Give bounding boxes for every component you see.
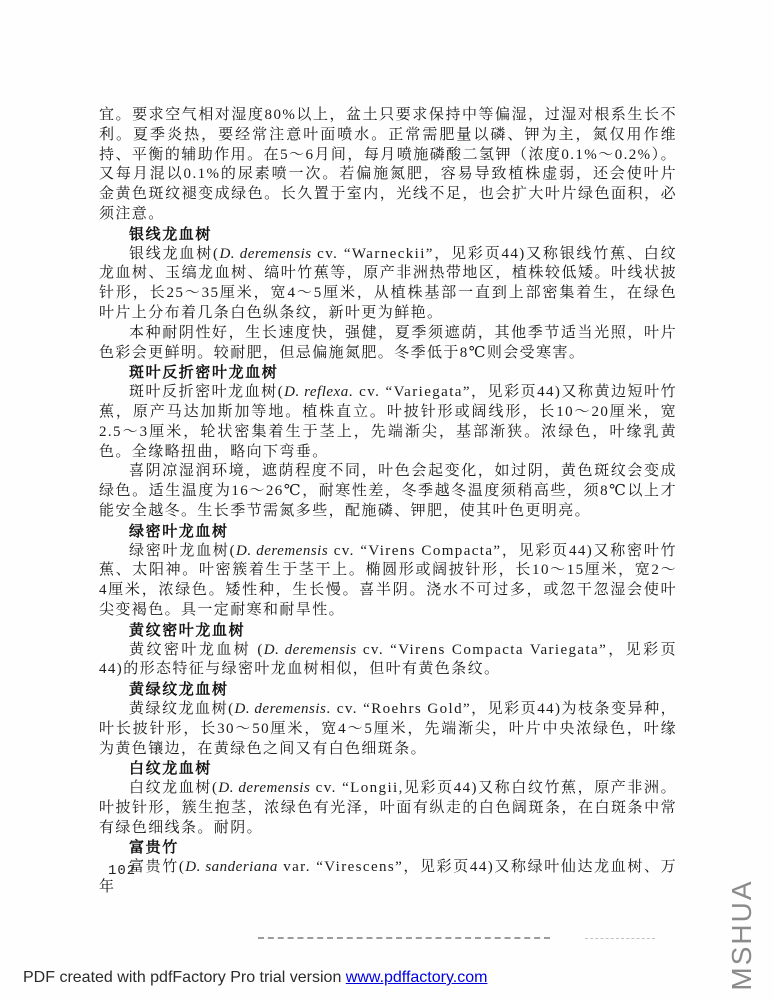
latin-species-name: D. deremensis [264,642,357,658]
scan-artifact-line-small [585,938,655,939]
document-body: 宜。要求空气相对湿度80%以上，盆土只要求保持中等偏湿，过湿对根系生长不利。夏季… [99,106,677,898]
paragraph-text: 喜阴凉湿润环境，遮荫程度不同，叶色会起变化，如过阴，黄色斑纹会变成绿色。适生温度… [99,463,677,519]
paragraph-text: 本种耐阴性好，生长速度快，强健，夏季须遮荫，其他季节适当光照，叶片色彩会更鲜明。… [99,325,677,361]
scan-artifact-line [258,937,550,939]
latin-species-name: D. sanderiana [185,859,278,875]
paragraph-text: 银线龙血树( [129,246,219,262]
latin-species-name: D. deremensis [234,701,326,717]
paragraph-text: 黄纹密叶龙血树 ( [129,642,264,658]
paragraph-text: 白纹龙血树( [129,780,218,796]
paragraph-text: 宜。要求空气相对湿度80%以上，盆土只要求保持中等偏湿，过湿对根系生长不利。夏季… [99,107,677,222]
paragraph-text: 富贵竹( [129,859,185,875]
body-paragraph: 喜阴凉湿润环境，遮荫程度不同，叶色会起变化，如过阴，黄色斑纹会变成绿色。适生温度… [99,462,677,521]
body-paragraph: 宜。要求空气相对湿度80%以上，盆土只要求保持中等偏湿，过湿对根系生长不利。夏季… [99,106,677,225]
body-paragraph: 黄绿纹龙血树(D. deremensis. cv. “Roehrs Gold”，… [99,700,677,759]
footer-text: PDF created with pdfFactory Pro trial ve… [23,969,346,986]
body-paragraph: 白纹龙血树(D. deremensis cv. “Longii,见彩页44)又称… [99,779,677,838]
latin-species-name: D. deremensis [219,246,311,262]
latin-species-name: D. deremensis [236,543,328,559]
paragraph-text: 斑叶反折密叶龙血树( [129,384,284,400]
side-watermark: MSHUA [726,879,758,990]
section-heading: 黄绿纹龙血树 [99,680,677,700]
section-heading: 绿密叶龙血树 [99,522,677,542]
section-heading: 白纹龙血树 [99,759,677,779]
section-heading: 富贵竹 [99,838,677,858]
section-heading: 黄纹密叶龙血树 [99,621,677,641]
body-paragraph: 富贵竹(D. sanderiana var. “Virescens”，见彩页44… [99,858,677,898]
paragraph-text: 黄绿纹龙血树( [129,701,234,717]
body-paragraph: 本种耐阴性好，生长速度快，强健，夏季须遮荫，其他季节适当光照，叶片色彩会更鲜明。… [99,324,677,364]
body-paragraph: 银线龙血树(D. deremensis cv. “Warneckii”，见彩页4… [99,245,677,324]
pdf-watermark-footer: PDF created with pdfFactory Pro trial ve… [23,969,487,987]
latin-species-name: D. reflexa [284,384,349,400]
body-paragraph: 黄纹密叶龙血树 (D. deremensis cv. “Virens Compa… [99,641,677,681]
body-paragraph: 斑叶反折密叶龙血树(D. reflexa. cv. “Variegata”，见彩… [99,383,677,462]
section-heading: 银线龙血树 [99,225,677,245]
latin-species-name: D. deremensis [218,780,310,796]
body-paragraph: 绿密叶龙血树(D. deremensis cv. “Virens Compact… [99,542,677,621]
page-number: 102 [108,863,136,879]
paragraph-text: 绿密叶龙血树( [129,543,236,559]
scanned-book-page: 宜。要求空气相对湿度80%以上，盆土只要求保持中等偏湿，过湿对根系生长不利。夏季… [0,0,774,1001]
pdffactory-link[interactable]: www.pdffactory.com [346,969,488,986]
section-heading: 斑叶反折密叶龙血树 [99,363,677,383]
